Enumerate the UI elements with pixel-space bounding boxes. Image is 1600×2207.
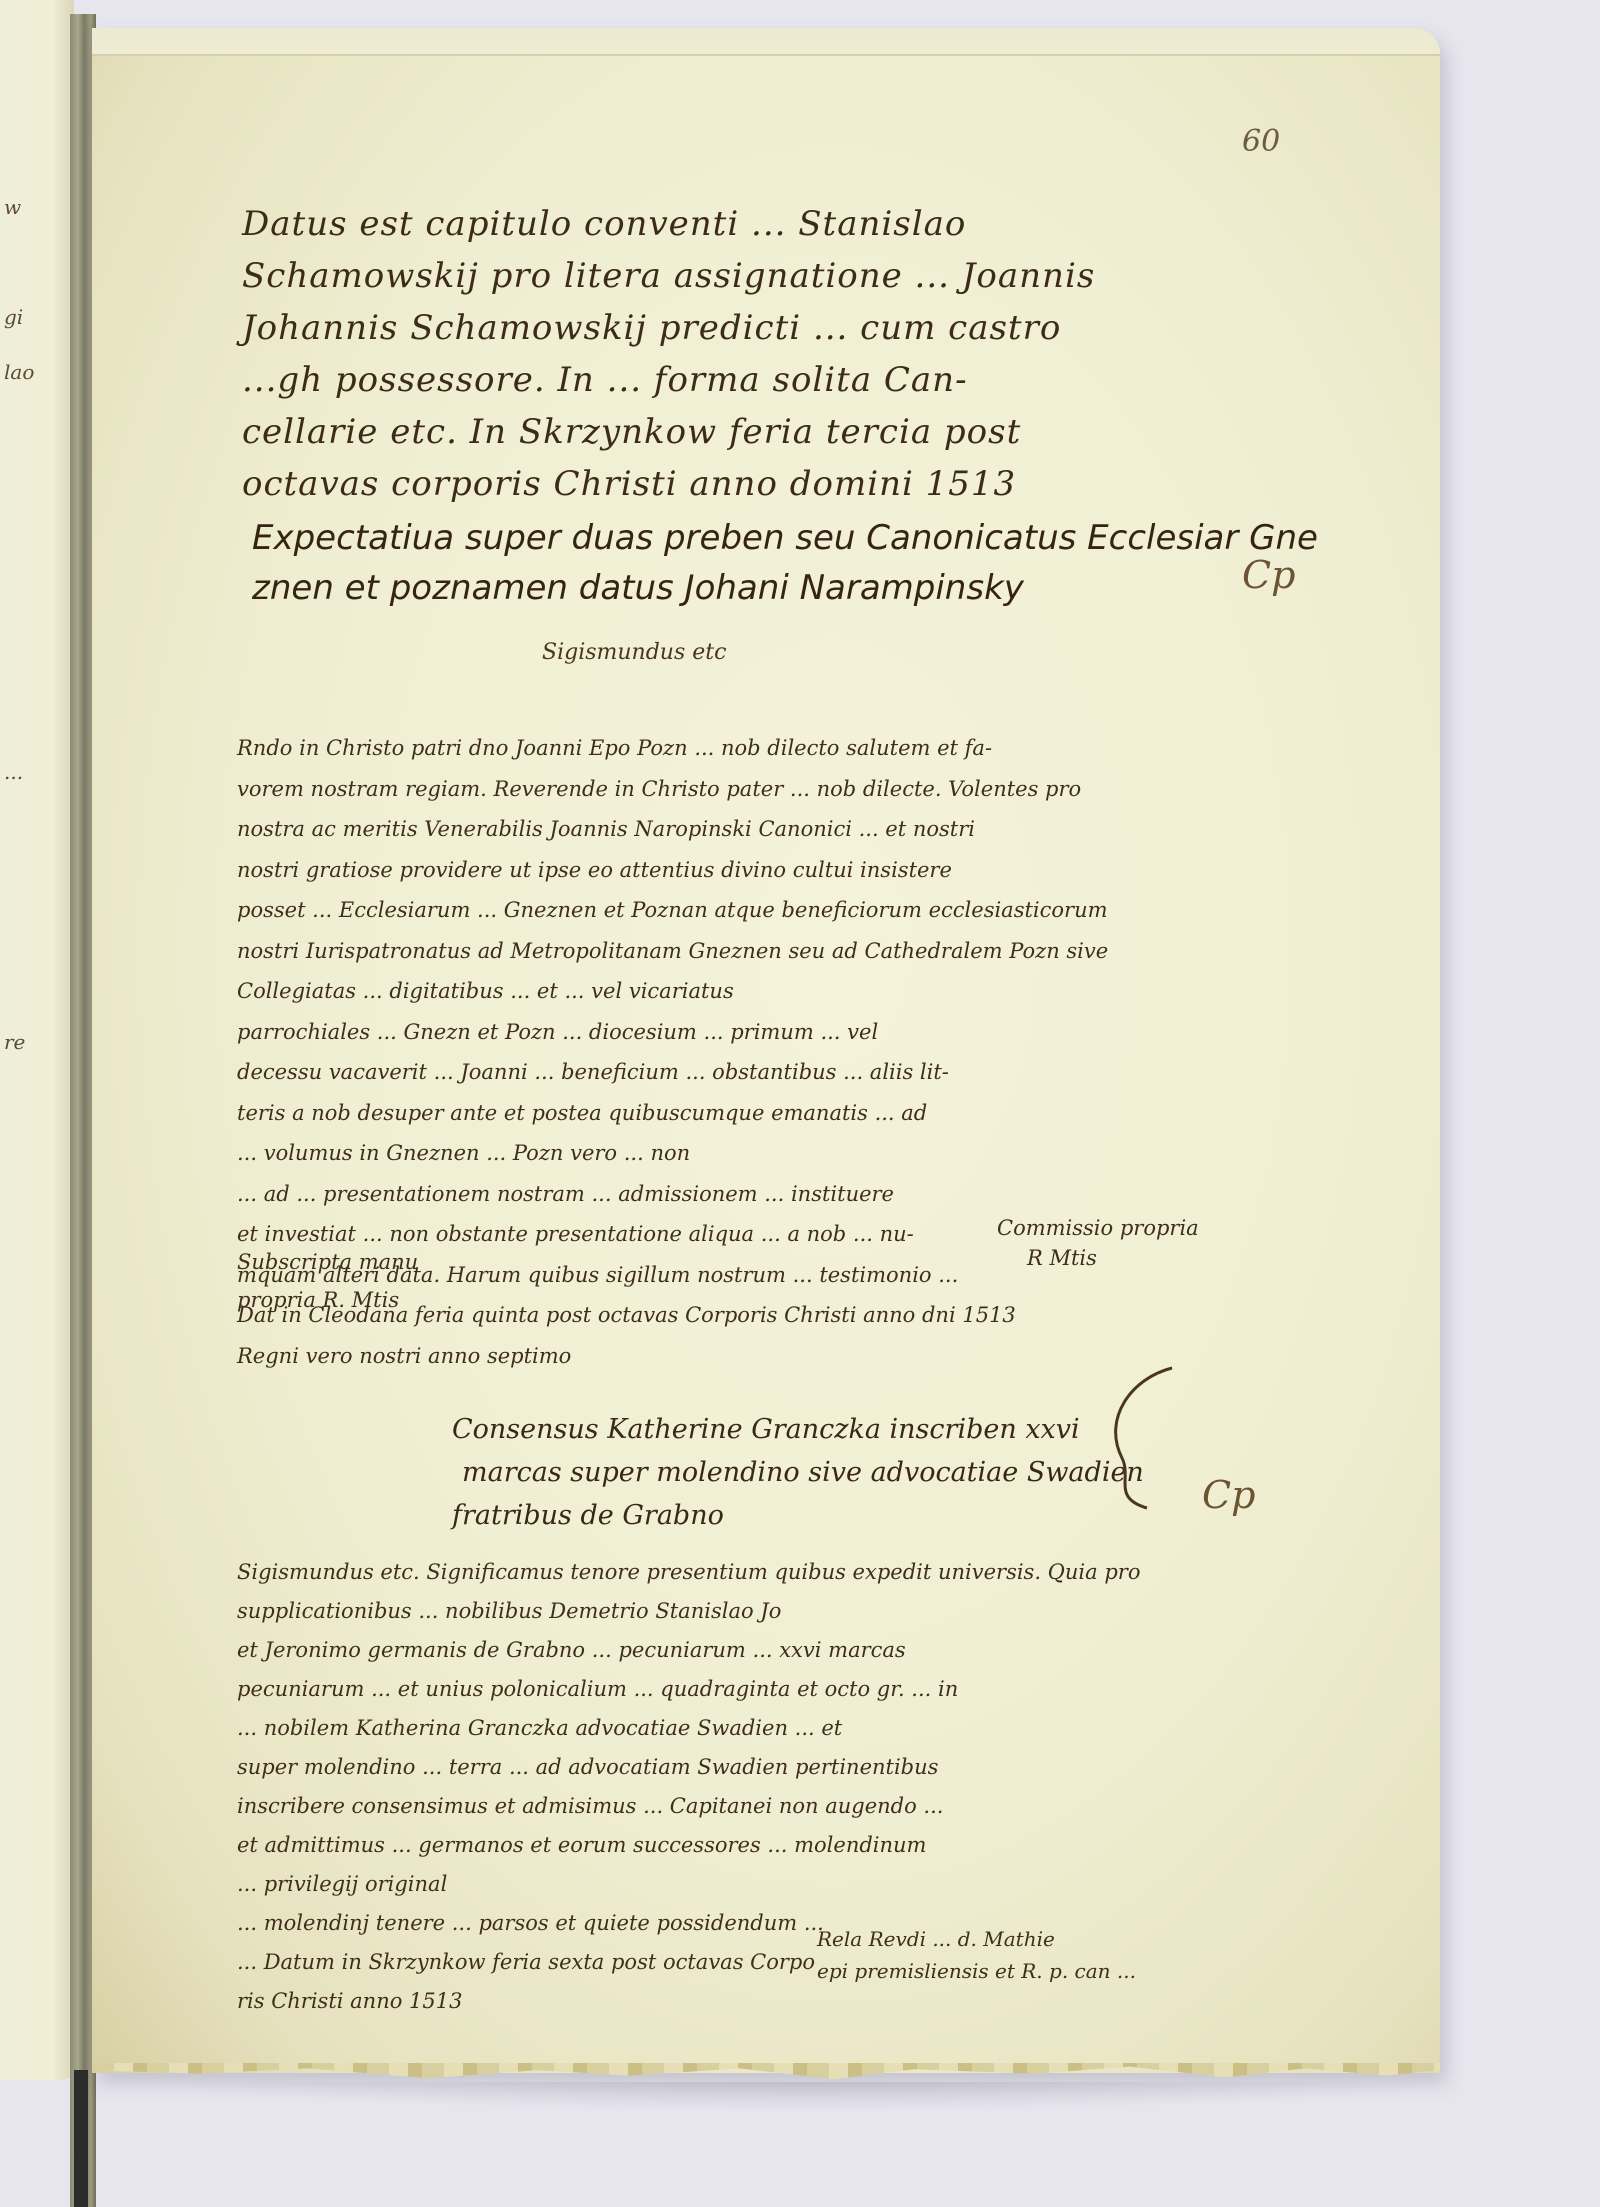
entry-3-heading: Consensus Katherine Granczka inscriben x…: [452, 1408, 1144, 1537]
subscription-note: Subscripta manu propria R. Mtis: [237, 1243, 418, 1319]
text-line: ris Christi anno 1513: [237, 1982, 1140, 2021]
heading-line: marcas super molendino sive advocatiae S…: [452, 1451, 1144, 1494]
relation-line: Rela Revdi ... d. Mathie: [817, 1923, 1136, 1955]
text-line: Regni vero nostri anno septimo: [237, 1336, 1108, 1377]
text-line: Rndo in Christo patri dno Joanni Epo Poz…: [237, 728, 1108, 769]
text-line: ... volumus in Gneznen ... Pozn vero ...…: [237, 1133, 1108, 1174]
commission-line: Commissio propria: [997, 1213, 1199, 1243]
text-line: nostra ac meritis Venerabilis Joannis Na…: [237, 809, 1108, 850]
text-line: nostri Iurispatronatus ad Metropolitanam…: [237, 931, 1108, 972]
bracket-flourish-icon: [1092, 1358, 1192, 1518]
prev-page-margin-text: w: [4, 195, 21, 219]
folio-number: 60: [1242, 124, 1280, 159]
heading-line: Expectatiua super duas preben seu Canoni…: [252, 513, 1318, 563]
text-line: ... ad ... presentationem nostram ... ad…: [237, 1174, 1108, 1215]
entry-1-text: Datus est capitulo conventi ... Stanisla…: [242, 198, 1342, 510]
text-line: ...gh possessore. In ... forma solita Ca…: [242, 354, 1342, 406]
binding-spine-bottom: [74, 2070, 88, 2207]
heading-line: Consensus Katherine Granczka inscriben x…: [452, 1408, 1144, 1451]
subscription-line: Subscripta manu: [237, 1243, 418, 1281]
relation-line: epi premisliensis et R. p. can ...: [817, 1955, 1136, 1987]
text-line: parrochiales ... Gnezn et Pozn ... dioce…: [237, 1012, 1108, 1053]
text-line: posset ... Ecclesiarum ... Gneznen et Po…: [237, 890, 1108, 931]
prev-page-margin-text: gi: [4, 305, 23, 329]
page-shadow: [180, 2082, 1430, 2112]
margin-mark-icon: Cp: [1202, 1473, 1255, 1517]
text-line: et admittimus ... germanos et eorum succ…: [237, 1826, 1140, 1865]
text-line: vorem nostram regiam. Reverende in Chris…: [237, 769, 1108, 810]
manuscript-page: 60 Datus est capitulo conventi ... Stani…: [92, 28, 1440, 2073]
text-line: Schamowskij pro litera assignatione ... …: [242, 250, 1342, 302]
text-line: Sigismundus etc. Significamus tenore pre…: [237, 1553, 1140, 1592]
subscription-line: propria R. Mtis: [237, 1281, 418, 1319]
text-line: pecuniarum ... et unius polonicalium ...…: [237, 1670, 1140, 1709]
prev-page-margin-text: lao: [4, 360, 34, 384]
commission-line: R Mtis: [997, 1243, 1199, 1273]
text-line: et Jeronimo germanis de Grabno ... pecun…: [237, 1631, 1140, 1670]
text-line: nostri gratiose providere ut ipse eo att…: [237, 850, 1108, 891]
issuer-name: Sigismundus etc: [542, 640, 726, 665]
text-line: super molendino ... terra ... ad advocat…: [237, 1748, 1140, 1787]
text-line: Collegiatas ... digitatibus ... et ... v…: [237, 971, 1108, 1012]
heading-line: fratribus de Grabno: [452, 1494, 1144, 1537]
prev-page-margin-text: ...: [4, 760, 23, 784]
text-line: teris a nob desuper ante et postea quibu…: [237, 1093, 1108, 1134]
entry-2-heading: Expectatiua super duas preben seu Canoni…: [252, 513, 1318, 613]
heading-line: znen et poznamen datus Johani Narampinsk…: [252, 563, 1318, 613]
prev-page-margin-text: re: [4, 1030, 25, 1054]
page-top-fold: [92, 28, 1440, 56]
commission-note: Commissio propria R Mtis: [997, 1213, 1199, 1273]
text-line: ... nobilem Katherina Granczka advocatia…: [237, 1709, 1140, 1748]
text-line: supplicationibus ... nobilibus Demetrio …: [237, 1592, 1140, 1631]
text-line: ... privilegij original: [237, 1865, 1140, 1904]
margin-mark-icon: Cp: [1242, 553, 1295, 597]
previous-page-edge: w gi lao ... re: [0, 0, 74, 2080]
relation-note: Rela Revdi ... d. Mathie epi premisliens…: [817, 1923, 1136, 1987]
text-line: octavas corporis Christi anno domini 151…: [242, 458, 1342, 510]
text-line: Datus est capitulo conventi ... Stanisla…: [242, 198, 1342, 250]
page-torn-edge: [92, 2063, 1440, 2081]
text-line: inscribere consensimus et admisimus ... …: [237, 1787, 1140, 1826]
text-line: decessu vacaverit ... Joanni ... benefic…: [237, 1052, 1108, 1093]
text-line: Johannis Schamowskij predicti ... cum ca…: [242, 302, 1342, 354]
text-line: cellarie etc. In Skrzynkow feria tercia …: [242, 406, 1342, 458]
